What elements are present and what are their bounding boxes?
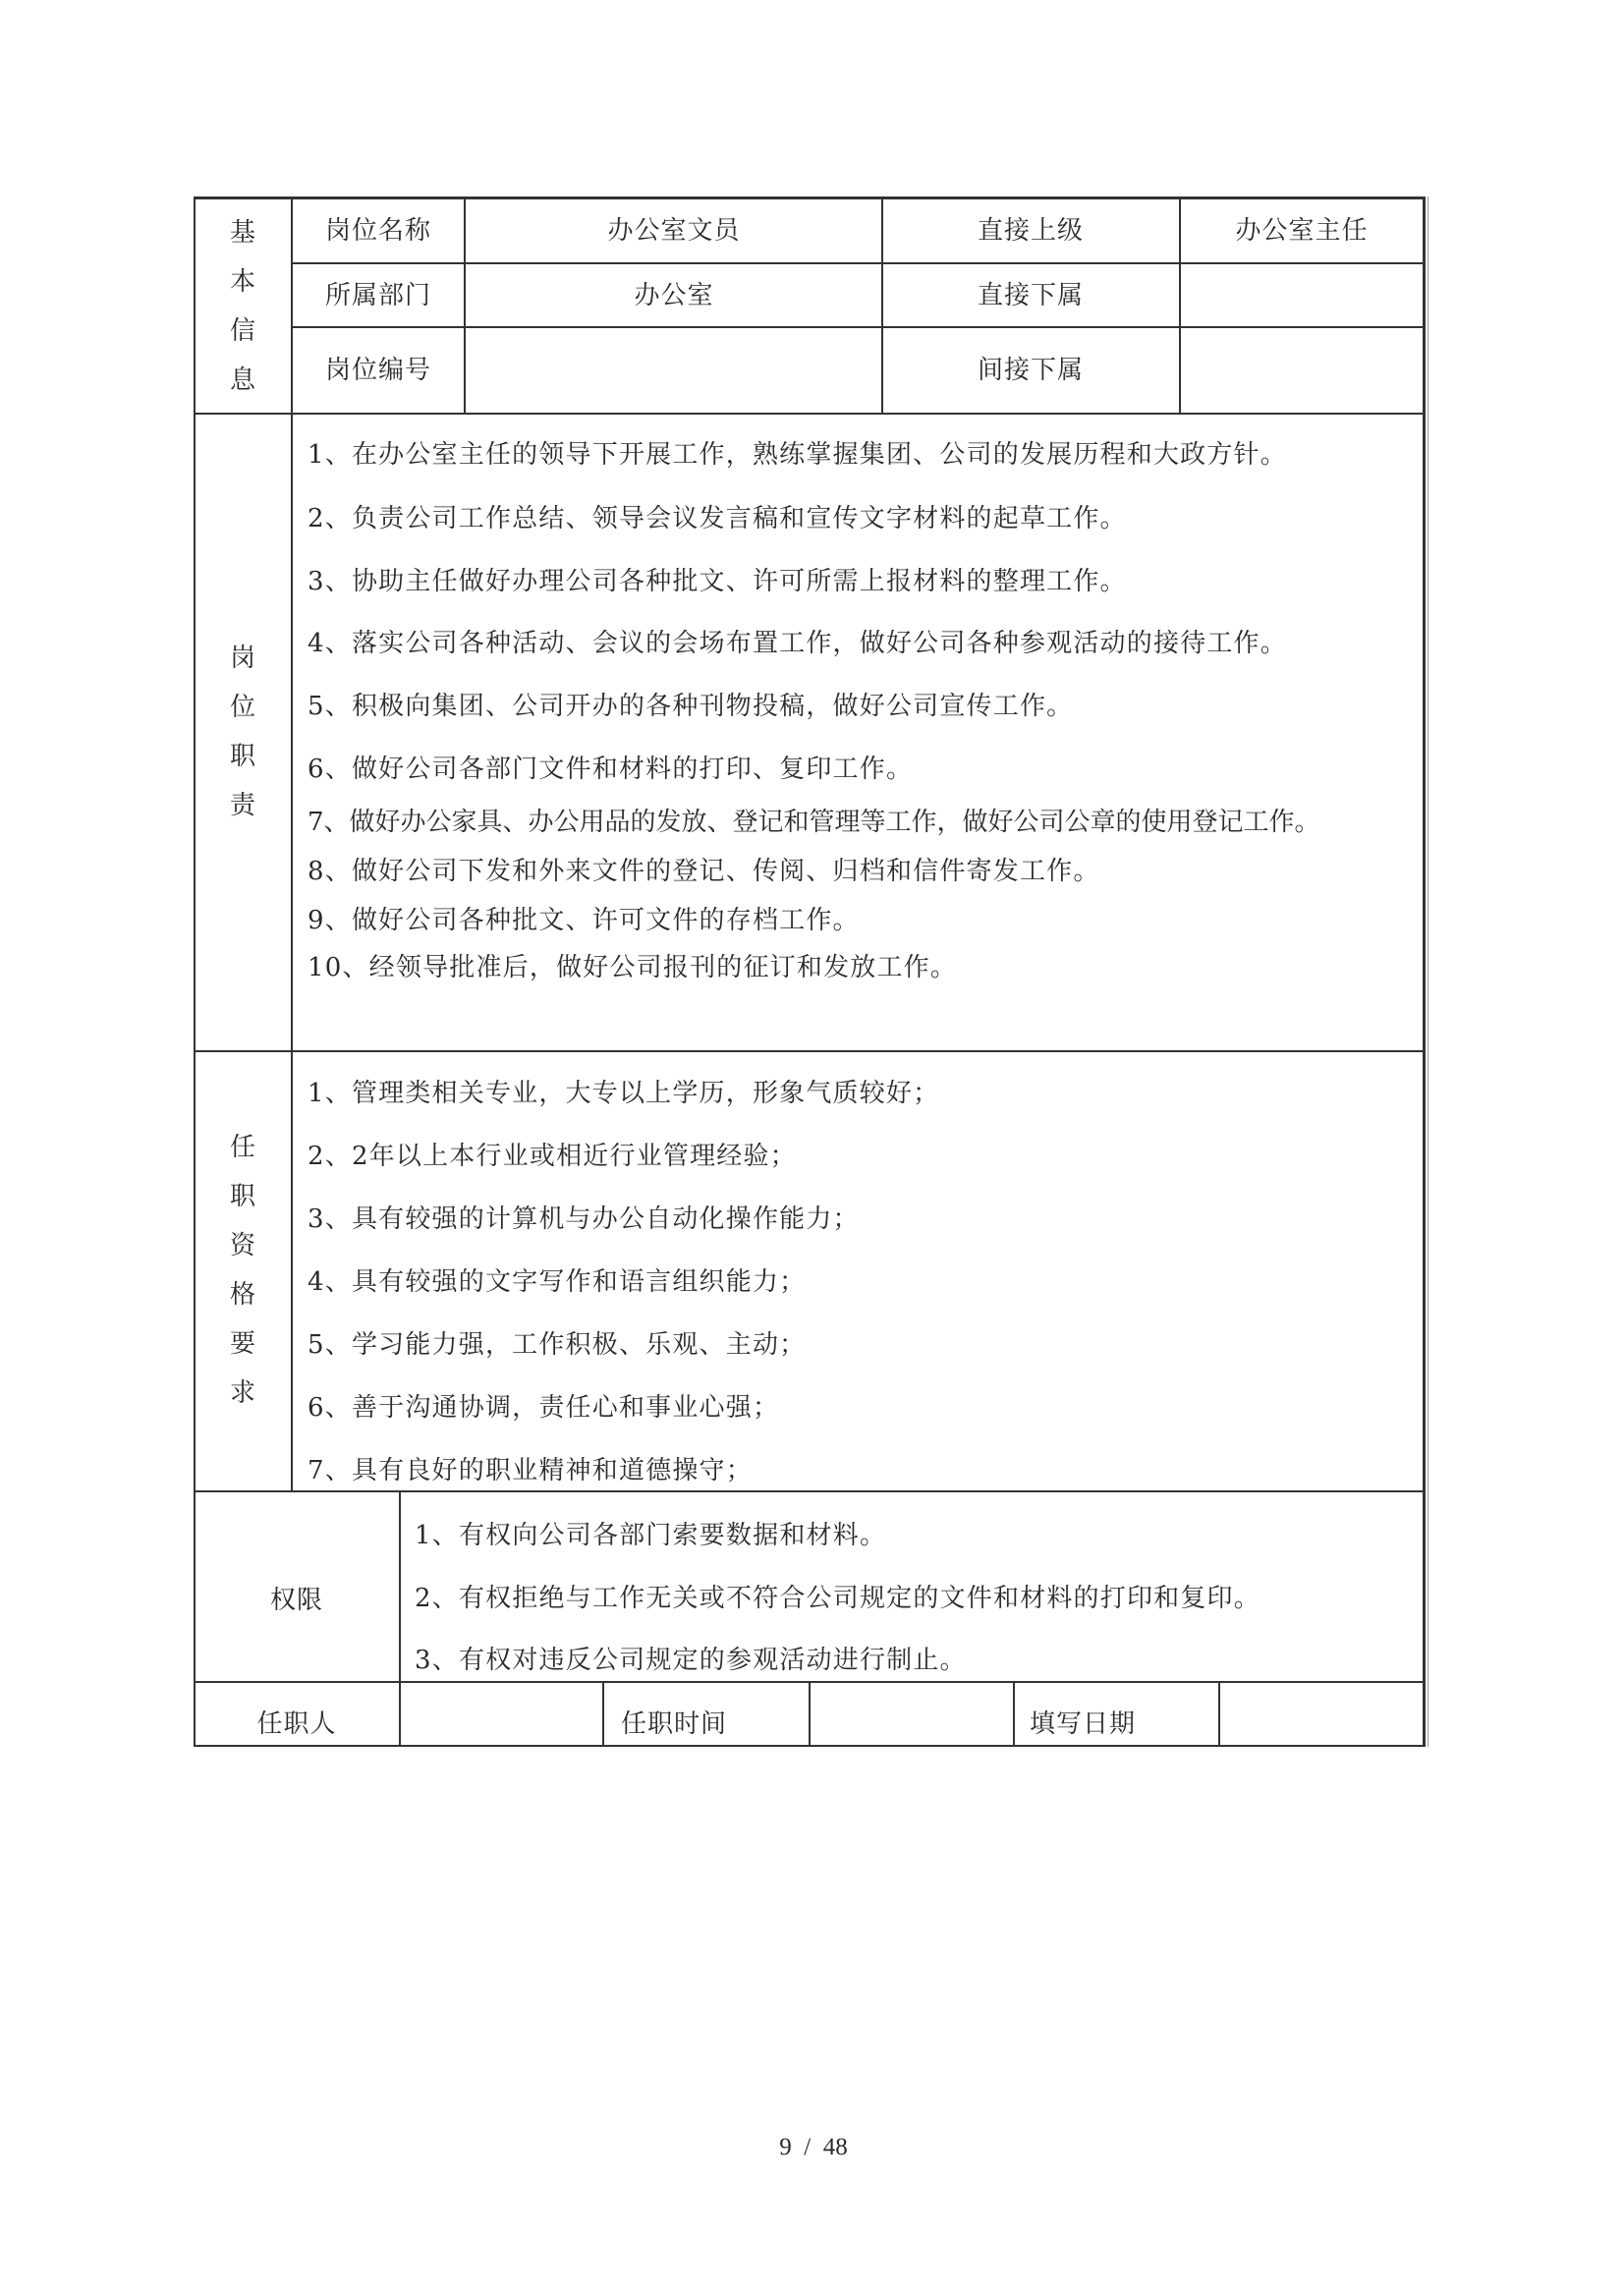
- divider-quals-bottom: [194, 1490, 1425, 1492]
- divider-basic-col2: [464, 197, 466, 414]
- duty-item: 9、做好公司各种批文、许可文件的存档工作。: [308, 906, 860, 935]
- direct-supervisor-label: 直接上级: [978, 216, 1084, 246]
- qualification-item: 1、管理类相关专业，大专以上学历，形象气质较好；: [308, 1079, 939, 1108]
- table-border-top: [194, 196, 1426, 199]
- table-border-right: [1423, 196, 1426, 1747]
- duty-item: 6、做好公司各部门文件和材料的打印、复印工作。: [308, 755, 913, 784]
- holder-value[interactable]: [408, 1709, 594, 1739]
- indirect-subordinate-label: 间接下属: [978, 356, 1084, 385]
- divider-authority-col: [399, 1491, 401, 1746]
- divider-signoff-col5: [1013, 1682, 1015, 1746]
- authority-item: 3、有权对违反公司规定的参观活动进行制止。: [415, 1646, 967, 1675]
- direct-subordinate-label: 直接下属: [978, 281, 1084, 310]
- divider-signoff-col3: [602, 1682, 604, 1746]
- qualification-item: 2、2年以上本行业或相近行业管理经验；: [308, 1142, 797, 1171]
- divider-duties-bottom: [194, 1050, 1425, 1052]
- divider-basic-row2: [292, 326, 1425, 328]
- page-number: 9 / 48: [779, 2134, 847, 2161]
- tenure-value[interactable]: [818, 1709, 1005, 1739]
- tenure-label: 任职时间: [621, 1709, 727, 1739]
- qualification-item: 5、学习能力强，工作积极、乐观、主动；: [308, 1330, 806, 1360]
- fill-date-value[interactable]: [1228, 1709, 1415, 1739]
- duty-item: 3、协助主任做好办理公司各种批文、许可所需上报材料的整理工作。: [308, 567, 1127, 596]
- divider-basic-bottom: [194, 413, 1425, 415]
- divider-signoff-col6: [1218, 1682, 1220, 1746]
- duty-item: 1、在办公室主任的领导下开展工作，熟练掌握集团、公司的发展历程和大政方针。: [308, 440, 1287, 470]
- divider-basic-col4: [1179, 197, 1181, 414]
- table-border-left: [194, 196, 196, 1747]
- divider-basic-row1: [292, 262, 1425, 264]
- department-value[interactable]: 办公室: [634, 281, 713, 310]
- holder-label: 任职人: [256, 1709, 336, 1739]
- duty-item: 10、经领导批准后，做好公司报刊的征订和发放工作。: [308, 953, 957, 982]
- position-code-label: 岗位编号: [325, 356, 431, 385]
- qualification-item: 3、具有较强的计算机与办公自动化操作能力；: [308, 1204, 860, 1234]
- position-name-label: 岗位名称: [325, 216, 431, 246]
- department-label: 所属部门: [325, 281, 431, 310]
- direct-supervisor-value[interactable]: 办公室主任: [1235, 216, 1368, 246]
- authority-item: 1、有权向公司各部门索要数据和材料。: [415, 1521, 886, 1550]
- position-name-value[interactable]: 办公室文员: [607, 216, 740, 246]
- authority-item: 2、有权拒绝与工作无关或不符合公司规定的文件和材料的打印和复印。: [415, 1584, 1260, 1613]
- divider-basic-col3: [881, 197, 883, 414]
- duty-item: 4、落实公司各种活动、会议的会场布置工作，做好公司各种参观活动的接待工作。: [308, 629, 1287, 658]
- duty-item: 8、做好公司下发和外来文件的登记、传阅、归档和信件寄发工作。: [308, 857, 1100, 886]
- duty-item: 5、积极向集团、公司开办的各种刊物投稿，做好公司宣传工作。: [308, 692, 1073, 721]
- basic-info-section-label: 基本信息: [223, 208, 262, 405]
- authority-section-label: 权限: [270, 1586, 323, 1615]
- qualification-item: 6、善于沟通协调，责任心和事业心强；: [308, 1393, 779, 1423]
- fill-date-label: 填写日期: [1030, 1709, 1136, 1739]
- qualification-item: 7、具有良好的职业精神和道德操守；: [308, 1456, 753, 1485]
- divider-label-column: [291, 197, 293, 1491]
- qualification-item: 4、具有较强的文字写作和语言组织能力；: [308, 1267, 806, 1297]
- table-border-right-double: [1428, 196, 1428, 1747]
- duty-item: 7、做好办公家具、办公用品的发放、登记和管理等工作，做好公司公章的使用登记工作。: [308, 808, 1320, 837]
- divider-signoff-col4: [809, 1682, 811, 1746]
- qualifications-section-label: 任职资格要求: [223, 1123, 262, 1418]
- duties-section-label: 岗位职责: [223, 634, 262, 830]
- duty-item: 2、负责公司工作总结、领导会议发言稿和宣传文字材料的起草工作。: [308, 504, 1127, 533]
